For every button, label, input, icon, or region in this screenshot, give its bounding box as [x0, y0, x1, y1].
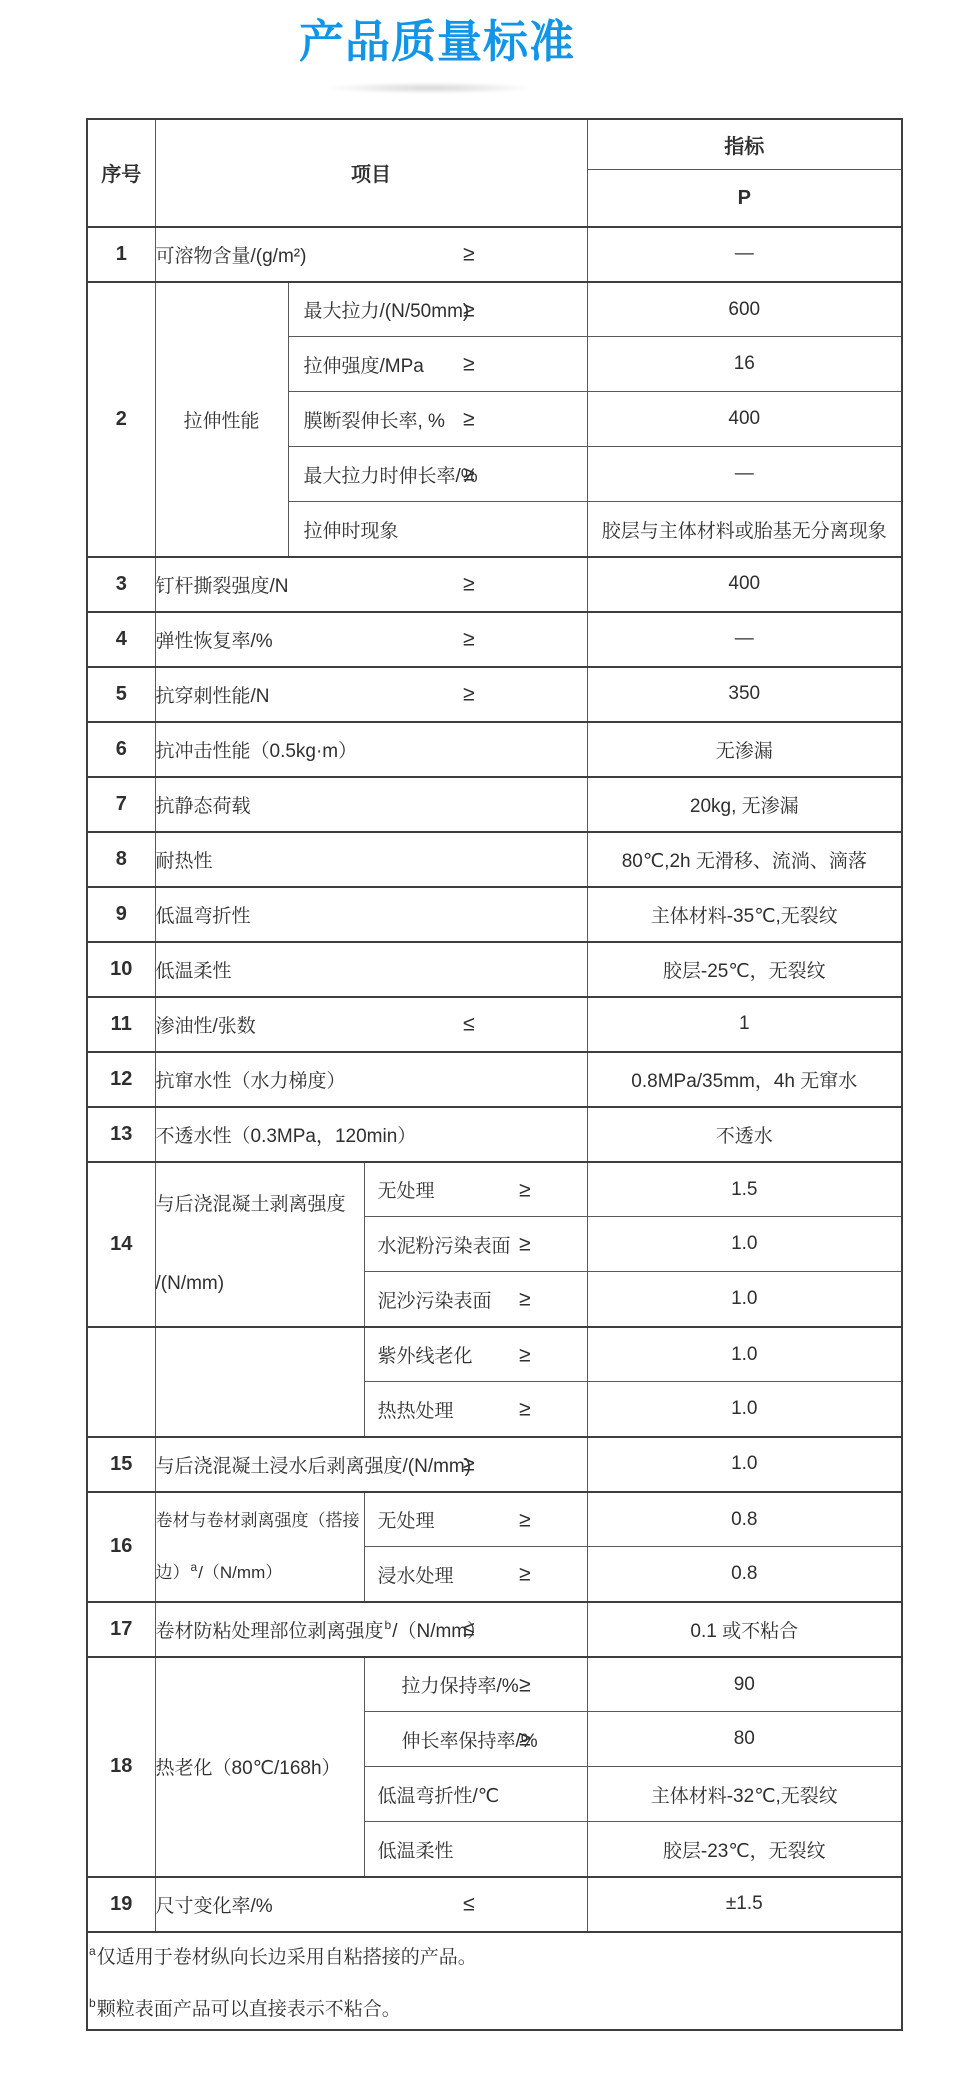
spec-value-cell: 0.8 [587, 1547, 902, 1602]
row-no-cell: 16 [87, 1492, 155, 1602]
item-label: 拉力保持率/% [402, 1676, 519, 1697]
item-label-cell: 抗静态荷载 [155, 777, 587, 832]
item-label-cell: 与后浇混凝土浸水后剥离强度/(N/mm) ≥ [155, 1437, 587, 1492]
spec-value-cell: 1.0 [587, 1217, 902, 1272]
title-shadow-decoration [320, 82, 540, 94]
item-label-cell: 钉杆撕裂强度/N ≥ [155, 557, 587, 612]
col-header-index: 指标 [587, 119, 902, 170]
gte-symbol: ≥ [463, 464, 475, 485]
lte-symbol: ≤ [463, 1894, 475, 1915]
gte-symbol: ≥ [463, 244, 475, 265]
spec-value-cell: ±1.5 [587, 1877, 902, 1932]
gte-symbol: ≥ [519, 1344, 531, 1365]
spec-value-cell: 90 [587, 1657, 902, 1712]
item-label-cell: 拉力保持率/% ≥ [364, 1657, 587, 1712]
row-no-cell: 8 [87, 832, 155, 887]
footnote-marker-a: a [191, 1560, 198, 1574]
row-no-cell: 2 [87, 282, 155, 557]
item-label: 弹性恢复率/% [156, 631, 273, 652]
spec-value-cell: 350 [587, 667, 902, 722]
gte-symbol: ≥ [463, 629, 475, 650]
footnote-row: a仅适用于卷材纵向长边采用自粘搭接的产品。 b颗粒表面产品可以直接表示不粘合。 [87, 1932, 902, 2030]
gte-symbol: ≥ [519, 1564, 531, 1585]
footnote-a-text: 仅适用于卷材纵向长边采用自粘搭接的产品。 [97, 1947, 477, 1968]
group-label-cell: 卷材与卷材剥离强度（搭接边）a/（N/mm） [155, 1492, 364, 1602]
table-row: 15 与后浇混凝土浸水后剥离强度/(N/mm) ≥ 1.0 [87, 1437, 902, 1492]
table-row: 7 抗静态荷载 20kg, 无渗漏 [87, 777, 902, 832]
item-label: 最大拉力时伸长率/% [304, 466, 478, 487]
table-row: 3 钉杆撕裂强度/N ≥ 400 [87, 557, 902, 612]
row-no-cell: 12 [87, 1052, 155, 1107]
item-label: 紫外线老化 [378, 1346, 473, 1367]
item-label: 低温弯折性/℃ [378, 1786, 500, 1807]
spec-value-cell: 0.8 [587, 1492, 902, 1547]
item-label-cell: 卷材防粘处理部位剥离强度b/（N/mm） ≤ [155, 1602, 587, 1657]
row-no-cell: 9 [87, 887, 155, 942]
spec-value-cell: 不透水 [587, 1107, 902, 1162]
gte-symbol: ≥ [463, 1454, 475, 1475]
table-row: 13 不透水性（0.3MPa，120min） 不透水 [87, 1107, 902, 1162]
gte-symbol: ≥ [519, 1399, 531, 1420]
item-label: 伸长率保持率/% [402, 1731, 538, 1752]
page: 产品质量标准 序号 项目 指标 P 1 可溶物含量/(g/m²) ≥ — 2 拉 [0, 0, 980, 2089]
gte-symbol: ≥ [519, 1729, 531, 1750]
item-label-cell: 拉伸强度/MPa ≥ [288, 337, 587, 392]
item-label-cell: 浸水处理 ≥ [364, 1547, 587, 1602]
row-no-cell: 19 [87, 1877, 155, 1932]
row-no-cell: 10 [87, 942, 155, 997]
item-label: 低温弯折性 [156, 906, 251, 927]
item-label-cell: 渗油性/张数 ≤ [155, 997, 587, 1052]
item-label: 钉杆撕裂强度/N [156, 576, 289, 597]
spec-value-cell: 1.0 [587, 1272, 902, 1327]
item-label: 抗冲击性能（0.5kg·m） [156, 741, 358, 762]
item-label: 最大拉力/(N/50mm) [304, 301, 470, 322]
table-row: 2 拉伸性能 最大拉力/(N/50mm) ≥ 600 [87, 282, 902, 337]
item-label-cell: 可溶物含量/(g/m²) ≥ [155, 227, 587, 282]
group-label-cell: 热老化（80℃/168h） [155, 1657, 364, 1877]
item-label: 低温柔性 [156, 961, 232, 982]
row-no-cell: 3 [87, 557, 155, 612]
footnote-a-marker: a [89, 1944, 96, 1958]
item-label-cell: 低温弯折性 [155, 887, 587, 942]
gte-symbol: ≥ [463, 574, 475, 595]
item-label: 膜断裂伸长率, % [304, 411, 445, 432]
spec-value-cell: — [587, 447, 902, 502]
header-row-1: 序号 项目 指标 [87, 119, 902, 170]
item-label: 水泥粉污染表面 [378, 1236, 511, 1257]
group-label-suffix: /（N/mm） [198, 1563, 282, 1582]
item-label: 不透水性（0.3MPa，120min） [156, 1126, 417, 1147]
footnote-b-marker: b [89, 1996, 96, 2010]
spec-value-cell: 无渗漏 [587, 722, 902, 777]
item-label: 抗窜水性（水力梯度） [156, 1071, 346, 1092]
row-no-cell: 6 [87, 722, 155, 777]
table-row: 9 低温弯折性 主体材料-35℃,无裂纹 [87, 887, 902, 942]
spec-value-cell: — [587, 612, 902, 667]
table-row: 14 与后浇混凝土剥离强度 /(N/mm) 无处理 ≥ 1.5 [87, 1162, 902, 1217]
row-no-cell: 13 [87, 1107, 155, 1162]
table-row: 16 卷材与卷材剥离强度（搭接边）a/（N/mm） 无处理 ≥ 0.8 [87, 1492, 902, 1547]
group-label-line1: 与后浇混凝土剥离强度 [156, 1192, 364, 1218]
item-label-cell: 不透水性（0.3MPa，120min） [155, 1107, 587, 1162]
lte-symbol: ≤ [463, 1014, 475, 1035]
footnote-b: b颗粒表面产品可以直接表示不粘合。 [88, 1997, 901, 2023]
spec-value-cell: 胶层-25℃，无裂纹 [587, 942, 902, 997]
item-label-cell: 无处理 ≥ [364, 1492, 587, 1547]
table-row: 19 尺寸变化率/% ≤ ±1.5 [87, 1877, 902, 1932]
quality-standard-table: 序号 项目 指标 P 1 可溶物含量/(g/m²) ≥ — 2 拉伸性能 最大拉… [86, 118, 903, 2031]
item-label: 抗静态荷载 [156, 796, 251, 817]
item-label-cell: 弹性恢复率/% ≥ [155, 612, 587, 667]
spec-value-cell: 胶层-23℃，无裂纹 [587, 1822, 902, 1877]
spec-value-cell: 主体材料-32℃,无裂纹 [587, 1767, 902, 1822]
table-row: 5 抗穿刺性能/N ≥ 350 [87, 667, 902, 722]
footnotes-cell: a仅适用于卷材纵向长边采用自粘搭接的产品。 b颗粒表面产品可以直接表示不粘合。 [87, 1932, 902, 2030]
item-label-cell: 低温弯折性/℃ [364, 1767, 587, 1822]
item-label: 拉伸时现象 [304, 521, 399, 542]
spec-value-cell: 胶层与主体材料或胎基无分离现象 [587, 502, 902, 557]
item-label-cell: 水泥粉污染表面 ≥ [364, 1217, 587, 1272]
row-no-cell: 5 [87, 667, 155, 722]
spec-value-cell: 1.0 [587, 1382, 902, 1437]
spec-value-cell: — [587, 227, 902, 282]
item-label: 耐热性 [156, 851, 213, 872]
item-label: 与后浇混凝土浸水后剥离强度/(N/mm) [156, 1456, 472, 1477]
table-row: 紫外线老化 ≥ 1.0 [87, 1327, 902, 1382]
group-label-cell: 拉伸性能 [155, 282, 288, 557]
item-label: 可溶物含量/(g/m²) [156, 246, 307, 267]
spec-value-cell: 80 [587, 1712, 902, 1767]
item-label-cell: 无处理 ≥ [364, 1162, 587, 1217]
item-label-cell: 低温柔性 [364, 1822, 587, 1877]
row-no-cell: 14 [87, 1162, 155, 1327]
col-header-grade: P [587, 170, 902, 227]
footnote-marker-b: b [385, 1618, 392, 1632]
gte-symbol: ≥ [519, 1509, 531, 1530]
item-label: 抗穿刺性能/N [156, 686, 270, 707]
spec-value-cell: 600 [587, 282, 902, 337]
item-label-cell: 抗穿刺性能/N ≥ [155, 667, 587, 722]
gte-symbol: ≥ [519, 1179, 531, 1200]
table-row: 8 耐热性 80℃,2h 无滑移、流淌、滴落 [87, 832, 902, 887]
row-no-cell: 17 [87, 1602, 155, 1657]
spec-value-cell: 80℃,2h 无滑移、流淌、滴落 [587, 832, 902, 887]
item-label-cell: 热热处理 ≥ [364, 1382, 587, 1437]
row-no-cell: 18 [87, 1657, 155, 1877]
spec-value-cell: 1.0 [587, 1327, 902, 1382]
spec-value-cell: 1.5 [587, 1162, 902, 1217]
col-header-item: 项目 [155, 119, 587, 227]
spec-value-cell: 0.1 或不粘合 [587, 1602, 902, 1657]
spec-value-cell: 1 [587, 997, 902, 1052]
spec-value-cell: 主体材料-35℃,无裂纹 [587, 887, 902, 942]
item-label: 浸水处理 [378, 1566, 454, 1587]
row-no-cell: 7 [87, 777, 155, 832]
row-no-cell: 4 [87, 612, 155, 667]
item-label: 渗油性/张数 [156, 1016, 256, 1037]
item-label-cell: 最大拉力时伸长率/% ≥ [288, 447, 587, 502]
group-label-cell: 与后浇混凝土剥离强度 /(N/mm) [155, 1162, 364, 1327]
item-label-cell: 抗窜水性（水力梯度） [155, 1052, 587, 1107]
item-label: 泥沙污染表面 [378, 1291, 492, 1312]
table-row: 6 抗冲击性能（0.5kg·m） 无渗漏 [87, 722, 902, 777]
gte-symbol: ≥ [519, 1289, 531, 1310]
col-header-no: 序号 [87, 119, 155, 227]
footnote-a: a仅适用于卷材纵向长边采用自粘搭接的产品。 [88, 1945, 901, 1971]
gte-symbol: ≥ [463, 409, 475, 430]
row-no-cell: 1 [87, 227, 155, 282]
item-label: 卷材防粘处理部位剥离强度 [156, 1621, 384, 1642]
gte-symbol: ≥ [463, 354, 475, 375]
spec-value-cell: 400 [587, 392, 902, 447]
row-no-cell: 11 [87, 997, 155, 1052]
item-label-cell: 伸长率保持率/% ≥ [364, 1712, 587, 1767]
table-row: 4 弹性恢复率/% ≥ — [87, 612, 902, 667]
footnote-b-text: 颗粒表面产品可以直接表示不粘合。 [97, 1999, 401, 2020]
gte-symbol: ≥ [463, 684, 475, 705]
item-label-cell: 紫外线老化 ≥ [364, 1327, 587, 1382]
table-row: 18 热老化（80℃/168h） 拉力保持率/% ≥ 90 [87, 1657, 902, 1712]
item-label-cell: 泥沙污染表面 ≥ [364, 1272, 587, 1327]
row-no-cell-empty [87, 1327, 155, 1437]
lte-symbol: ≤ [463, 1619, 475, 1640]
item-label: 无处理 [378, 1511, 435, 1532]
spec-value-cell: 16 [587, 337, 902, 392]
spec-value-cell: 20kg, 无渗漏 [587, 777, 902, 832]
spec-value-cell: 1.0 [587, 1437, 902, 1492]
group-label-cell-empty [155, 1327, 364, 1437]
item-label: 低温柔性 [378, 1841, 454, 1862]
table-row: 1 可溶物含量/(g/m²) ≥ — [87, 227, 902, 282]
item-label: 尺寸变化率/% [156, 1896, 273, 1917]
row-no-cell: 15 [87, 1437, 155, 1492]
item-label: 无处理 [378, 1181, 435, 1202]
item-label: 热热处理 [378, 1401, 454, 1422]
item-label: 拉伸强度/MPa [304, 356, 424, 377]
title-section: 产品质量标准 [0, 0, 980, 94]
item-label-cell: 抗冲击性能（0.5kg·m） [155, 722, 587, 777]
item-label-cell: 尺寸变化率/% ≤ [155, 1877, 587, 1932]
item-label-cell: 低温柔性 [155, 942, 587, 997]
spec-value-cell: 0.8MPa/35mm，4h 无窜水 [587, 1052, 902, 1107]
group-label-line2: /(N/mm) [156, 1271, 364, 1297]
item-label-cell: 膜断裂伸长率, % ≥ [288, 392, 587, 447]
gte-symbol: ≥ [463, 299, 475, 320]
table-row: 10 低温柔性 胶层-25℃，无裂纹 [87, 942, 902, 997]
gte-symbol: ≥ [519, 1674, 531, 1695]
page-title: 产品质量标准 [299, 16, 575, 68]
item-label-cell: 最大拉力/(N/50mm) ≥ [288, 282, 587, 337]
spec-value-cell: 400 [587, 557, 902, 612]
item-label-cell: 拉伸时现象 [288, 502, 587, 557]
gte-symbol: ≥ [519, 1234, 531, 1255]
table-row: 17 卷材防粘处理部位剥离强度b/（N/mm） ≤ 0.1 或不粘合 [87, 1602, 902, 1657]
item-label-cell: 耐热性 [155, 832, 587, 887]
table-row: 12 抗窜水性（水力梯度） 0.8MPa/35mm，4h 无窜水 [87, 1052, 902, 1107]
table-row: 11 渗油性/张数 ≤ 1 [87, 997, 902, 1052]
